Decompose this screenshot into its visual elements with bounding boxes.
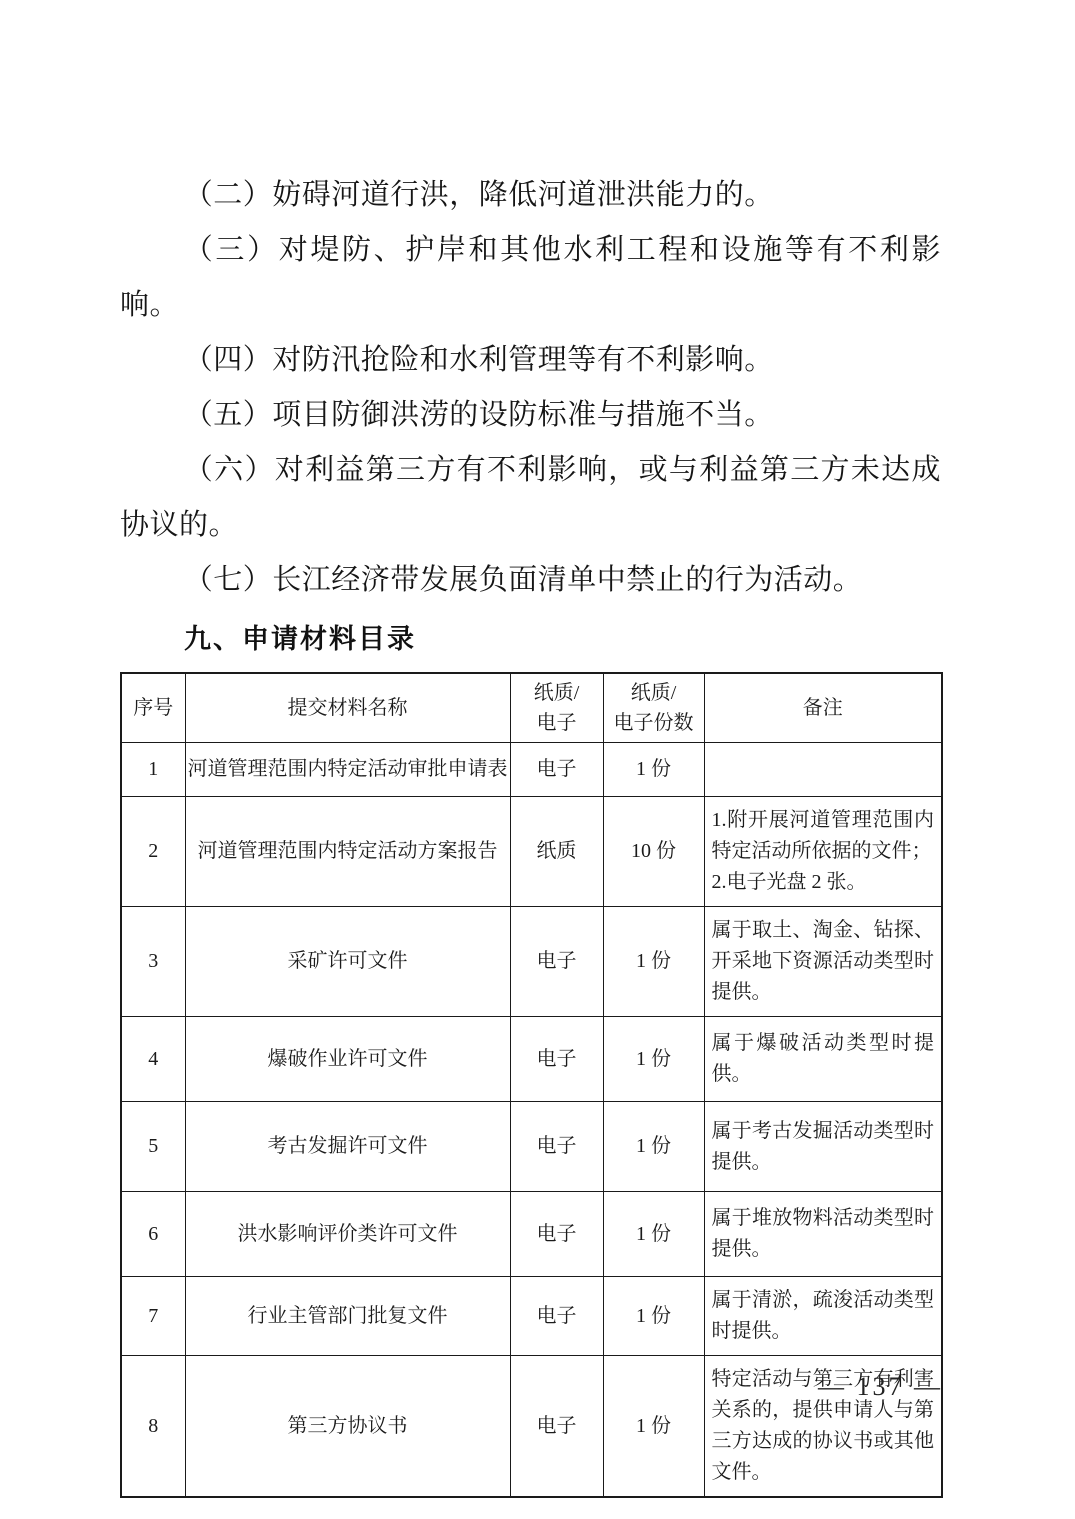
table-row: 7 行业主管部门批复文件 电子 1 份 属于清淤，疏浚活动类型时提供。 [121, 1277, 942, 1356]
body-paragraph-4: （四）对防汛抢险和水利管理等有不利影响。 [120, 333, 941, 388]
cell-name: 河道管理范围内特定活动方案报告 [185, 797, 510, 907]
cell-remark: 属于爆破活动类型时提供。 [704, 1017, 942, 1102]
cell-serial: 2 [121, 797, 185, 907]
header-remark: 备注 [704, 673, 942, 743]
cell-copies: 10 份 [603, 797, 704, 907]
cell-copies: 1 份 [603, 1102, 704, 1192]
header-copies: 纸质/ 电子份数 [603, 673, 704, 743]
cell-medium: 电子 [510, 743, 603, 797]
cell-serial: 7 [121, 1277, 185, 1356]
cell-medium: 电子 [510, 1017, 603, 1102]
cell-name: 考古发掘许可文件 [185, 1102, 510, 1192]
cell-name: 河道管理范围内特定活动审批申请表 [185, 743, 510, 797]
cell-name: 采矿许可文件 [185, 907, 510, 1017]
cell-serial: 4 [121, 1017, 185, 1102]
cell-copies: 1 份 [603, 1356, 704, 1498]
cell-name: 行业主管部门批复文件 [185, 1277, 510, 1356]
cell-medium: 纸质 [510, 797, 603, 907]
cell-copies: 1 份 [603, 1017, 704, 1102]
cell-medium: 电子 [510, 1277, 603, 1356]
cell-remark: 属于考古发掘活动类型时提供。 [704, 1102, 942, 1192]
table-row: 1 河道管理范围内特定活动审批申请表 电子 1 份 [121, 743, 942, 797]
cell-serial: 3 [121, 907, 185, 1017]
cell-copies: 1 份 [603, 907, 704, 1017]
cell-remark: 属于取土、淘金、钻探、开采地下资源活动类型时提供。 [704, 907, 942, 1017]
table-row: 3 采矿许可文件 电子 1 份 属于取土、淘金、钻探、开采地下资源活动类型时提供… [121, 907, 942, 1017]
cell-copies: 1 份 [603, 743, 704, 797]
cell-remark: 属于清淤，疏浚活动类型时提供。 [704, 1277, 942, 1356]
cell-medium: 电子 [510, 907, 603, 1017]
header-medium: 纸质/ 电子 [510, 673, 603, 743]
header-serial: 序号 [121, 673, 185, 743]
cell-remark: 属于堆放物料活动类型时提供。 [704, 1192, 942, 1277]
cell-name: 爆破作业许可文件 [185, 1017, 510, 1102]
cell-remark [704, 743, 942, 797]
table-row: 2 河道管理范围内特定活动方案报告 纸质 10 份 1.附开展河道管理范围内特定… [121, 797, 942, 907]
cell-medium: 电子 [510, 1192, 603, 1277]
header-material-name: 提交材料名称 [185, 673, 510, 743]
cell-copies: 1 份 [603, 1277, 704, 1356]
body-paragraph-6: （六）对利益第三方有不利影响，或与利益第三方未达成协议的。 [120, 443, 941, 553]
table-header-row: 序号 提交材料名称 纸质/ 电子 纸质/ 电子份数 备注 [121, 673, 942, 743]
cell-medium: 电子 [510, 1356, 603, 1498]
body-paragraph-3: （三）对堤防、护岸和其他水利工程和设施等有不利影响。 [120, 223, 941, 333]
cell-copies: 1 份 [603, 1192, 704, 1277]
cell-name: 第三方协议书 [185, 1356, 510, 1498]
document-content: （二）妨碍河道行洪，降低河道泄洪能力的。 （三）对堤防、护岸和其他水利工程和设施… [120, 168, 941, 1498]
cell-medium: 电子 [510, 1102, 603, 1192]
cell-serial: 5 [121, 1102, 185, 1192]
body-paragraph-2: （二）妨碍河道行洪，降低河道泄洪能力的。 [120, 168, 941, 223]
cell-serial: 1 [121, 743, 185, 797]
table-row: 5 考古发掘许可文件 电子 1 份 属于考古发掘活动类型时提供。 [121, 1102, 942, 1192]
table-row: 4 爆破作业许可文件 电子 1 份 属于爆破活动类型时提供。 [121, 1017, 942, 1102]
table-row: 6 洪水影响评价类许可文件 电子 1 份 属于堆放物料活动类型时提供。 [121, 1192, 942, 1277]
section-heading: 九、申请材料目录 [184, 620, 941, 658]
cell-serial: 8 [121, 1356, 185, 1498]
cell-remark: 1.附开展河道管理范围内特定活动所依据的文件； 2.电子光盘 2 张。 [704, 797, 942, 907]
cell-serial: 6 [121, 1192, 185, 1277]
body-paragraph-5: （五）项目防御洪涝的设防标准与措施不当。 [120, 388, 941, 443]
page-number: — 137 — [818, 1372, 943, 1402]
cell-name: 洪水影响评价类许可文件 [185, 1192, 510, 1277]
body-paragraph-7: （七）长江经济带发展负面清单中禁止的行为活动。 [120, 553, 941, 608]
document-page: （二）妨碍河道行洪，降低河道泄洪能力的。 （三）对堤防、护岸和其他水利工程和设施… [0, 0, 1075, 1519]
